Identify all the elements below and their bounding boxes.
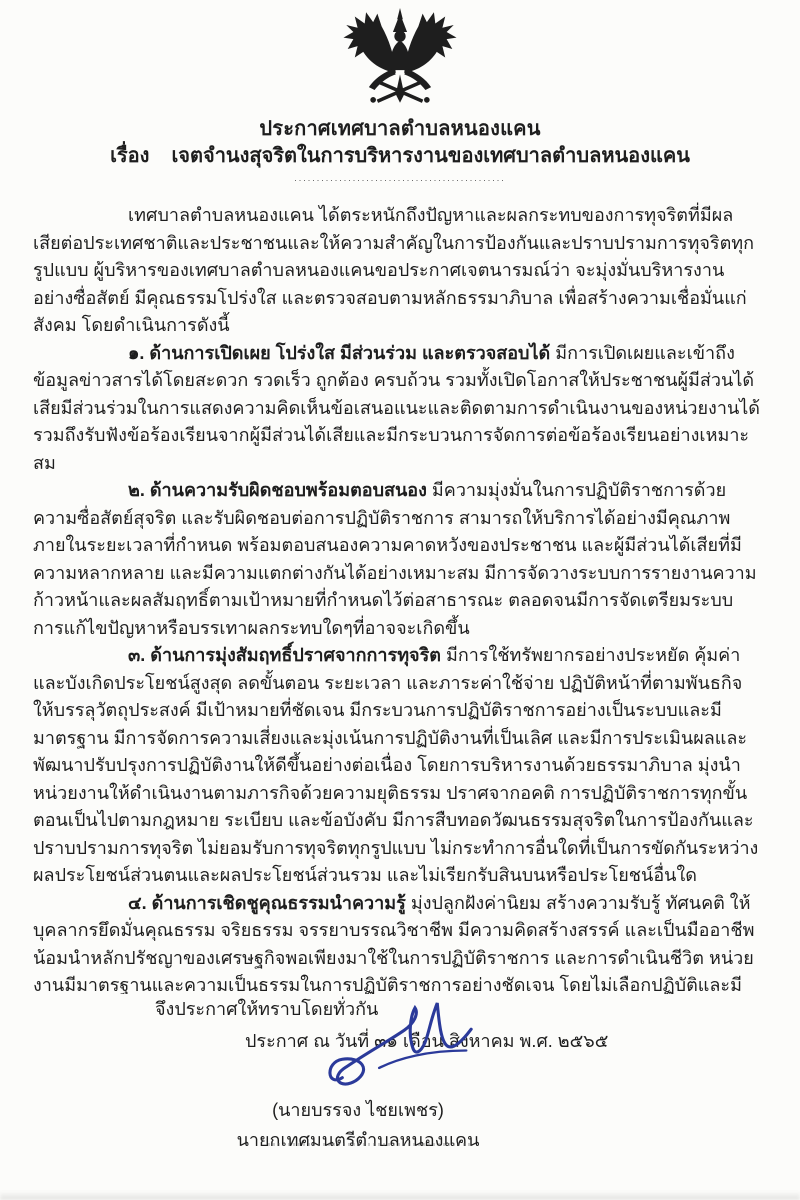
signer-block: (นายบรรจง ไชยเพชร) นายกเทศมนตรีตำบลหนองแ… [193,1095,523,1155]
section-paragraph-4: ๔. ด้านการเชิดชูคุณธรรมนำความรู้ มุ่งปลู… [33,890,760,995]
subject-label: เรื่อง [110,145,149,167]
document-title: ประกาศเทศบาลตำบลหนองแคน [0,116,800,142]
garuda-emblem-icon [320,8,480,114]
scanned-document-page: ประกาศเทศบาลตำบลหนองแคน เรื่องเจตจำนงสุจ… [0,0,800,1200]
document-footer: จึงประกาศให้ทราบโดยทั่วกัน ประกาศ ณ วันท… [33,996,760,1155]
intro-paragraph: เทศบาลตำบลหนองแคน ได้ตระหนักถึงปัญหาและผ… [33,202,760,340]
subject-text: เจตจำนงสุจริตในการบริหารงานของเทศบาลตำบล… [171,145,689,167]
document-subject-line: เรื่องเจตจำนงสุจริตในการบริหารงานของเทศบ… [0,143,800,170]
document-body: เทศบาลตำบลหนองแคน ได้ตระหนักถึงปัญหาและผ… [33,202,760,994]
dotted-divider: ........................................… [0,172,800,184]
scan-artifact-dots [268,1143,473,1146]
closing-line: จึงประกาศให้ทราบโดยทั่วกัน [155,996,760,1023]
section-heading-3: ๓. ด้านการมุ่งสัมฤทธิ์ปราศจากการทุจริต [128,645,441,665]
section-text-3: มีการใช้ทรัพยากรอย่างประหยัด คุ้มค่า และ… [33,645,758,885]
signer-name: (นายบรรจง ไชยเพชร) [193,1095,523,1125]
document-header: ประกาศเทศบาลตำบลหนองแคน เรื่องเจตจำนงสุจ… [0,0,800,184]
section-text-2: มีความมุ่งมั่นในการปฏิบัติราชการด้วยความ… [33,480,757,638]
section-paragraph-1: ๑. ด้านการเปิดเผย โปร่งใส มีส่วนร่วม และ… [33,340,760,478]
date-line: ประกาศ ณ วันที่ ๓๑ เดือน สิงหาคม พ.ศ. ๒๕… [245,1028,760,1055]
section-heading-1: ๑. ด้านการเปิดเผย โปร่งใส มีส่วนร่วม และ… [128,343,550,363]
section-heading-4: ๔. ด้านการเชิดชูคุณธรรมนำความรู้ [128,893,406,913]
section-paragraph-3: ๓. ด้านการมุ่งสัมฤทธิ์ปราศจากการทุจริต ม… [33,642,760,890]
section-heading-2: ๒. ด้านความรับผิดชอบพร้อมตอบสนอง [128,480,427,500]
section-paragraph-2: ๒. ด้านความรับผิดชอบพร้อมตอบสนอง มีความม… [33,477,760,642]
scan-artifact-bottom-smudge [0,1191,800,1200]
signer-title: นายกเทศมนตรีตำบลหนองแคน [193,1125,523,1155]
